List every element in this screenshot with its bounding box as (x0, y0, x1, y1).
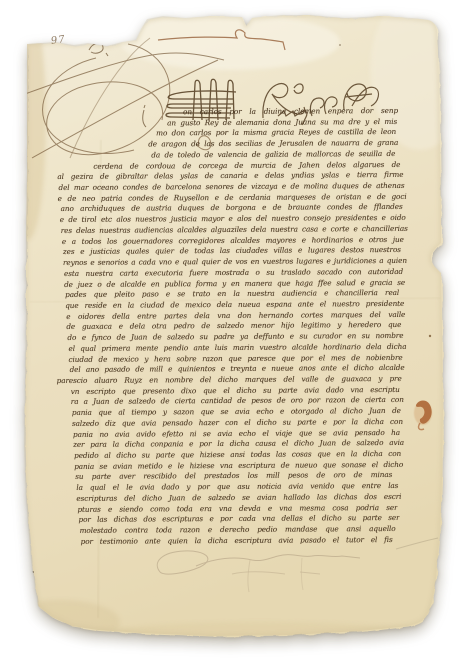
manuscript-line-text: zer para la dicha conpania e por la dich… (73, 438, 404, 449)
manuscript-line-text: del ano pasado de mill e quinientos e tr… (70, 363, 405, 374)
manuscript-text-block: on carlos por la diuina clemen enpera do… (0, 106, 465, 548)
manuscript-line-text: por testimonio ante quien la dicha escri… (81, 535, 393, 546)
manuscript-line-text: do e fynco de Juan de salzedo su padre y… (67, 331, 403, 342)
manuscript-line-text: ano archiduques de austria duques de bor… (61, 202, 403, 213)
manuscript-line-text: escripturas del dicho Juan de salzedo se… (76, 492, 401, 503)
manuscript-line-text: ciudad de mexico y hera sobre razon que … (69, 352, 403, 363)
manuscript-line-text: an gusto Rey de alemania dona Juana su m… (167, 117, 397, 127)
manuscript-line-text: de guaxaca e dela otra pedro de salzedo … (66, 320, 401, 331)
manuscript-line-text: pades que pleito paso e se trato en la n… (65, 288, 399, 299)
manuscript-line-text: mo don carlos por la misma gracia Reyes … (156, 127, 396, 137)
manuscript-line-text: pania no avia avido efetto ni se avia ec… (73, 427, 400, 438)
manuscript-photo: 97 on carlos por la diuina clemen enpera… (0, 0, 465, 659)
manuscript-line-text: salzedo diz que avia pensado hazer con e… (72, 417, 403, 428)
manuscript-line-text: al gezira de gibraltar delas yslas de ca… (57, 170, 403, 181)
manuscript-line-text: su parte aver rescibido del prestados lo… (75, 470, 392, 481)
manuscript-line-text: por las dichas dos escripturas e por cad… (78, 513, 399, 524)
manuscript-line-text: de juez o de alcalde en publica forma y … (64, 277, 405, 288)
manuscript-line-text: el qual primera mente pendio ante luis m… (68, 342, 406, 353)
manuscript-line-text: pedido al dicho su parte que hiziese ans… (74, 449, 401, 460)
manuscript-line-text: res delas nuestras audiencias alcaldes a… (61, 224, 408, 235)
manuscript-line-text: del mar oceano condes de barcelona senor… (58, 181, 404, 192)
manuscript-line-text: molestado contra toda razon e derecho pe… (80, 524, 396, 535)
manuscript-line-text: e de neo patria condes de Ruysellon e de… (58, 192, 407, 203)
manuscript-line-text: pania que al tiempo y sazon que se avia … (72, 406, 401, 417)
manuscript-line-text: esta nuestra carta executoria fuere most… (64, 267, 403, 278)
manuscript-line-text: vn escripto que presento dixo que el dic… (71, 385, 400, 396)
manuscript-line-text: de aragon de las dos secilias de Jerusal… (148, 138, 398, 149)
manuscript-line-text: e a todos los gouernadores corregidores … (62, 235, 404, 246)
manuscript-line-text: cerdena de cordoua de corcega de murcia … (93, 160, 400, 171)
manuscript-line-text: reynos e senorios a cada vno e qual quie… (63, 256, 407, 267)
manuscript-line-text: e oidores della entre partes dela vna do… (66, 310, 405, 321)
paper-shade-bottomleft (0, 600, 120, 644)
manuscript-line-text: da de toledo de valencia de galizia de m… (151, 149, 395, 159)
manuscript-line-text: pania se avian metido e le hiziese vna e… (74, 460, 403, 471)
manuscript-line-text: e de tirol etc alos nuestros justicia ma… (60, 213, 406, 224)
manuscript-line-text: on carlos por la diuina clemen enpera do… (183, 106, 398, 116)
manuscript-line-text: parescio aluaro Ruyz en nombre del dicho… (57, 374, 402, 385)
paper-highlight-top (120, 14, 340, 70)
manuscript-line-text: ra a Juan de salzedo de cierta cantidad … (71, 395, 404, 406)
manuscript-line-text: la qual el le avia dado y por que asu no… (76, 481, 398, 492)
manuscript-line-text: zes e justicias quales quier de todas la… (63, 245, 401, 256)
manuscript-line-text: pturas e siendo como toda era vna devda … (77, 503, 397, 514)
manuscript-line-text: que reside en la ciudad de mexico dela n… (65, 299, 404, 310)
folio-mark: 97 (50, 34, 66, 47)
manuscript-line: por testimonio ante quien la dicha escri… (81, 535, 393, 548)
